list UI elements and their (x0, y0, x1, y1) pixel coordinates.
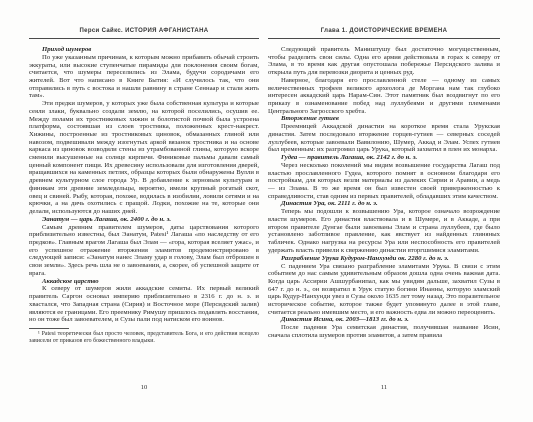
footnote-divider (29, 328, 69, 329)
page-number-left: 10 (29, 384, 259, 391)
section-heading-isin-dynasty: Династия Исина, ок. 2003—1813 гг. до н. … (268, 316, 500, 324)
section-heading-gutian-invasion: Вторжение гутиев (268, 115, 500, 123)
paragraph: Преемницей Аккадской династии на коротко… (268, 123, 500, 154)
section-heading-uruk-sack: Разграбление Урука Кудуром-Нанхунди ок. … (268, 255, 500, 263)
page-number-right: 11 (268, 384, 500, 391)
section-heading-akkadian-kingdom: Аккадское царство (29, 278, 259, 286)
section-heading-eanatum: Эанатум — царь Лагаша, ок. 2400 г. до н.… (29, 216, 259, 224)
footnote-text: ¹ Patesi теоретически был просто человек… (29, 331, 259, 345)
book-spread: Перси Сайкс. ИСТОРИЯ АФГАНИСТАНА Приход … (0, 0, 533, 422)
paragraph: Теперь мы подошли к возвышению Ура, кото… (268, 208, 500, 254)
section-heading-gudea: Гудеа — правитель Лагаша, ок. 2142 г. до… (268, 154, 500, 162)
paragraph: По уже указанным причинам, к которым мож… (29, 54, 259, 100)
right-running-head-text: Глава 1. ДОИСТОРИЧЕСКИЕ ВРЕМЕНА (321, 28, 448, 34)
paragraph: Следующий правитель Маништушу был достат… (268, 46, 500, 77)
left-running-head-text: Перси Сайкс. ИСТОРИЯ АФГАНИСТАНА (80, 28, 209, 34)
section-heading-sumerian-arrival: Приход шумеров (29, 46, 259, 54)
paragraph: Эти предки шумеров, у которых уже была с… (29, 100, 259, 216)
left-page-body: Приход шумеров По уже указанным причинам… (29, 46, 259, 345)
paragraph: К северу от шумеров жили аккадские семит… (29, 285, 259, 324)
paragraph: После падения Ура семитская династия, по… (268, 324, 500, 339)
left-running-head: Перси Сайкс. ИСТОРИЯ АФГАНИСТАНА (29, 28, 259, 39)
section-heading-ur-dynasty: Династия Ура, ок. 2111 г. до н. э. (268, 200, 500, 208)
right-page: Глава 1. ДОИСТОРИЧЕСКИЕ ВРЕМЕНА Следующи… (268, 28, 500, 414)
left-page: Перси Сайкс. ИСТОРИЯ АФГАНИСТАНА Приход … (29, 28, 259, 414)
right-page-body: Следующий правитель Маништушу был достат… (268, 46, 500, 340)
paragraph: Через несколько поколений мы видим возвы… (268, 162, 500, 201)
right-running-head: Глава 1. ДОИСТОРИЧЕСКИЕ ВРЕМЕНА (268, 28, 500, 39)
paragraph: Наверное, благодаря его прославленной ст… (268, 77, 500, 116)
paragraph: Самым древним правителем шумеров, даты ц… (29, 224, 259, 278)
paragraph: С падением Ура связано разграбление элам… (268, 263, 500, 317)
